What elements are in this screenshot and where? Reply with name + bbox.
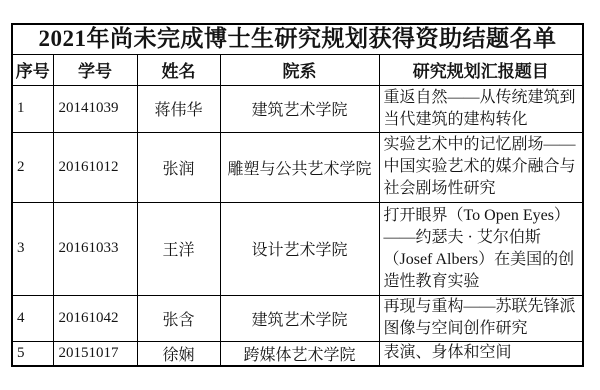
cell-student-id: 20161012 [53,132,137,202]
cell-student-id: 20161042 [53,295,137,341]
grant-completion-table: 2021年尚未完成博士生研究规划获得资助结题名单 序号 学号 姓名 院系 研究规… [11,23,584,367]
cell-department: 雕塑与公共艺术学院 [220,132,379,202]
cell-topic: 重返自然——从传统建筑到 当代建筑的建构转化 [379,85,583,132]
header-row: 序号 学号 姓名 院系 研究规划汇报题目 [12,54,583,85]
cell-topic: 实验艺术中的记忆剧场—— 中国实验艺术的媒介融合与 社会剧场性研究 [379,132,583,202]
column-header-no: 序号 [12,54,53,85]
cell-no: 2 [12,132,53,202]
cell-department: 跨媒体艺术学院 [220,341,379,366]
table-title: 2021年尚未完成博士生研究规划获得资助结题名单 [12,24,583,54]
cell-no: 4 [12,295,53,341]
column-header-department: 院系 [220,54,379,85]
cell-no: 3 [12,202,53,295]
cell-no: 1 [12,85,53,132]
cell-name: 王洋 [137,202,220,295]
table-row: 2 20161012 张润 雕塑与公共艺术学院 实验艺术中的记忆剧场—— 中国实… [12,132,583,202]
cell-no: 5 [12,341,53,366]
column-header-topic: 研究规划汇报题目 [379,54,583,85]
column-header-student-id: 学号 [53,54,137,85]
cell-topic: 再现与重构——苏联先锋派 图像与空间创作研究 [379,295,583,341]
cell-student-id: 20141039 [53,85,137,132]
cell-topic: 表演、身体和空间 [379,341,583,366]
table-row: 3 20161033 王洋 设计艺术学院 打开眼界（To Open Eyes） … [12,202,583,295]
cell-name: 张含 [137,295,220,341]
cell-student-id: 20161033 [53,202,137,295]
cell-topic: 打开眼界（To Open Eyes） ——约瑟夫 · 艾尔伯斯 （Josef A… [379,202,583,295]
cell-student-id: 20151017 [53,341,137,366]
column-header-name: 姓名 [137,54,220,85]
cell-department: 建筑艺术学院 [220,295,379,341]
cell-name: 蒋伟华 [137,85,220,132]
document-page: 2021年尚未完成博士生研究规划获得资助结题名单 序号 学号 姓名 院系 研究规… [0,0,600,390]
table-row: 1 20141039 蒋伟华 建筑艺术学院 重返自然——从传统建筑到 当代建筑的… [12,85,583,132]
table-row: 5 20151017 徐娴 跨媒体艺术学院 表演、身体和空间 [12,341,583,366]
cell-name: 张润 [137,132,220,202]
title-row: 2021年尚未完成博士生研究规划获得资助结题名单 [12,24,583,54]
cell-name: 徐娴 [137,341,220,366]
cell-department: 建筑艺术学院 [220,85,379,132]
table-row: 4 20161042 张含 建筑艺术学院 再现与重构——苏联先锋派 图像与空间创… [12,295,583,341]
cell-department: 设计艺术学院 [220,202,379,295]
